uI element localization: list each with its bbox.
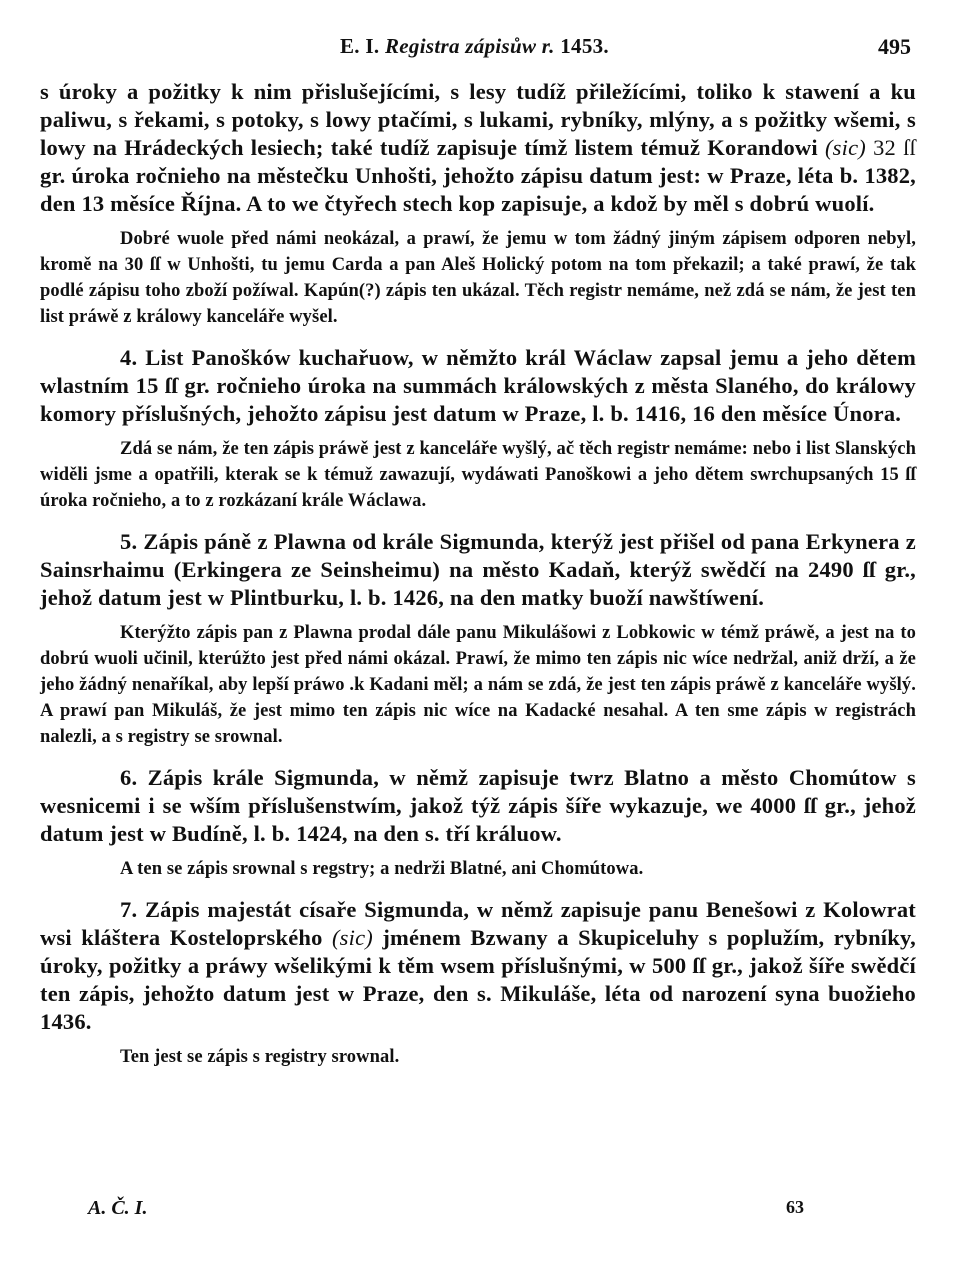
editorial-note: Zdá se nám, že ten zápis práwě jest z ka… <box>40 436 916 514</box>
entry-number: 5. <box>120 529 137 554</box>
paragraph-text: s úroky a požitky k nim přislušejícími, … <box>40 79 916 160</box>
header-title: E. I. Registra zápisůw r. 1453. <box>340 34 609 59</box>
entry-6: 6. Zápis krále Sigmunda, w němž zapisuje… <box>40 764 916 848</box>
page-footer: A. Č. I. 63 <box>0 1197 960 1225</box>
header-section: E. I. <box>340 34 379 58</box>
page-body: s úroky a požitky k nim přislušejícími, … <box>40 78 916 1070</box>
header-year: 1453. <box>560 34 609 58</box>
entry-5: 5. Zápis páně z Plawna od krále Sigmunda… <box>40 528 916 612</box>
editorial-note: A ten se zápis srownal s regstry; a nedr… <box>40 856 916 882</box>
entry-number: 6. <box>120 765 137 790</box>
paragraph-text: gr. úroka ročnieho na městečku Unhošti, … <box>40 163 916 216</box>
editorial-note: Kterýžto zápis pan z Plawna prodal dále … <box>40 620 916 750</box>
sheet-number: 63 <box>786 1197 804 1218</box>
page-number: 495 <box>878 34 911 60</box>
entry-text: Zápis páně z Plawna od krále Sigmunda, k… <box>40 529 916 610</box>
entry-7: 7. Zápis majestát císaře Sigmunda, w něm… <box>40 896 916 1036</box>
editorial-note: Dobré wuole před námi neokázal, a prawí,… <box>40 226 916 330</box>
entry-text: List Panošków kuchařuow, w němžto král W… <box>40 345 916 426</box>
entry-text: Zápis krále Sigmunda, w němž zapisuje tw… <box>40 765 916 846</box>
entry-number: 4. <box>120 345 137 370</box>
header-title-italic: Registra zápisůw r. <box>385 34 555 58</box>
entry-number: 7. <box>120 897 137 922</box>
sic-annotation: (sic) <box>332 925 373 950</box>
paragraph-continuation: s úroky a požitky k nim přislušejícími, … <box>40 78 916 218</box>
amount: 32 ſſ <box>873 135 916 160</box>
sic-annotation: (sic) <box>825 135 866 160</box>
signature-mark: A. Č. I. <box>88 1197 147 1220</box>
editorial-note: Ten jest se zápis s registry srownal. <box>40 1044 916 1070</box>
running-header: E. I. Registra zápisůw r. 1453. 495 <box>0 34 960 64</box>
entry-4: 4. List Panošków kuchařuow, w němžto krá… <box>40 344 916 428</box>
